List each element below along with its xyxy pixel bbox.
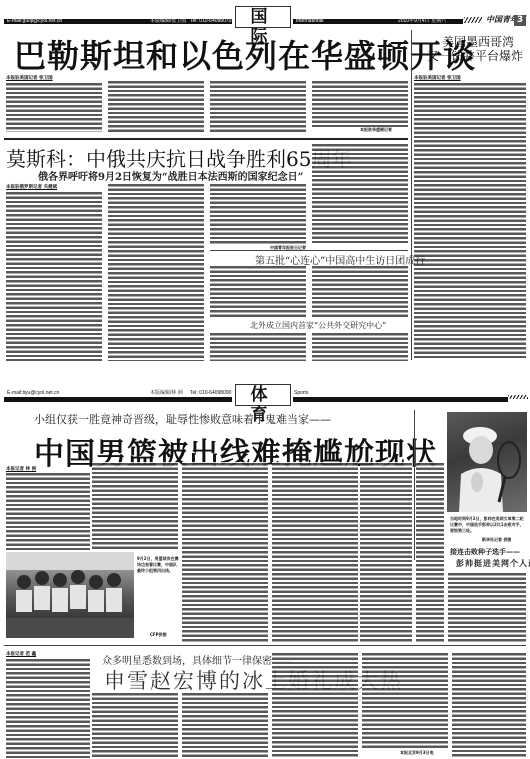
moscow-byline: 本报驻俄罗斯记者 关健斌 <box>6 184 57 190</box>
basketball-text-col-4 <box>272 462 358 642</box>
moscow-text-col-1 <box>6 191 102 361</box>
sports-bar-right <box>293 397 508 402</box>
sports-email: E-mail:tiyu@cyol.net.cn <box>7 391 59 396</box>
wedding-text-col-3 <box>182 692 268 758</box>
wedding-byline: 本报记者 范 鑫 <box>6 651 36 657</box>
wedding-text-col-4 <box>272 652 358 758</box>
column-rule <box>414 410 415 560</box>
sidebar-byline: 本报驻美国记者 张卫国 <box>414 75 461 81</box>
wedding-source: 本报北京9月3日电 <box>400 750 434 756</box>
peng-shuai-image <box>447 412 527 512</box>
wedding-text-col-2 <box>92 692 178 758</box>
tennis-photo-caption: 当地时间9月2日，彭帅在美网女单第二轮比赛中，中国选手彭帅以2比1击败对手，晋级… <box>450 516 526 534</box>
tennis-kicker: 接连击败种子选手—— <box>450 547 520 557</box>
diplomacy-text-col-1 <box>210 332 306 361</box>
moscow-text-col-2 <box>108 183 204 361</box>
header-email: E-mail:guoji@cyol.net.cn <box>7 19 62 24</box>
page-number: 3 <box>514 15 526 26</box>
basketball-team-photo <box>6 552 134 638</box>
wedding-text-col-6 <box>452 652 526 758</box>
lead-text-col-1 <box>6 82 102 132</box>
student-text-col-2 <box>312 265 408 317</box>
sports-bar-left <box>4 397 232 402</box>
wedding-text-col-5 <box>362 652 448 748</box>
section-title-international: 国 际 <box>235 6 291 28</box>
story-divider <box>210 250 408 251</box>
players-bench-image <box>6 552 134 638</box>
header-section-en: International <box>296 19 324 24</box>
sidebar-text <box>414 82 526 358</box>
section-title-sports: 体 育 <box>235 384 291 406</box>
moscow-text-col-3 <box>210 183 306 245</box>
section-divider <box>4 645 526 646</box>
diplomacy-text-col-2 <box>312 332 408 361</box>
tennis-photo-credit: 新华社记者 供图 <box>482 537 511 543</box>
tennis-text <box>448 572 526 642</box>
basketball-text-col-2 <box>92 462 178 550</box>
lead-headline: 巴勒斯坦和以色列在华盛顿开谈 <box>14 31 476 77</box>
basketball-text-col-5 <box>360 462 412 642</box>
basketball-photo-caption: 9月2日，男篮球员在赛场边观看比赛，中国队最终小组第四出线。 <box>137 556 179 574</box>
sports-tel: Tel: 010-64098090 <box>190 391 231 396</box>
lead-byline: 本报驻美国记者 张卫国 <box>6 75 53 81</box>
lead-text-col-4 <box>312 80 408 127</box>
basketball-text-col-1 <box>6 472 90 550</box>
tennis-headline: 彭帅挺进美网个人最佳战绩 <box>456 558 530 569</box>
decorative-hatch <box>464 17 482 23</box>
wedding-text-col-1 <box>6 658 90 758</box>
moscow-subhead: 俄各界呼吁将9月2日恢复为“战胜日本法西斯的国家纪念日” <box>38 168 303 183</box>
lead-text-col-3 <box>210 80 306 132</box>
diplomacy-headline: 北外成立国内首家“公共外交研究中心” <box>250 320 386 331</box>
student-text-col-1 <box>210 265 306 317</box>
wedding-headline: 申雪赵宏博的冰上婚礼成大热 <box>104 665 403 695</box>
header-tel: Tel: 010-64098070 <box>190 19 231 24</box>
tennis-player-photo <box>447 412 527 512</box>
lead-source: 本报驻华盛顿记者 <box>360 127 392 133</box>
sidebar-headline-2: 又一钻井平台爆炸 <box>420 47 530 64</box>
basketball-text-col-6 <box>416 462 444 642</box>
basketball-kicker: 小组仅获一胜竟神奇晋级，耻辱性惨败意味着小鬼难当家—— <box>34 411 331 427</box>
decorative-hatch <box>508 395 528 399</box>
basketball-photo-credit: CFP供图 <box>150 632 167 638</box>
sports-editor: 本版编辑/林 洲 <box>150 391 183 396</box>
section-divider <box>4 138 408 140</box>
column-rule <box>411 30 412 360</box>
header-editor: 本版编辑/张卫国 <box>150 19 186 24</box>
header-date: 2010年9月4日 星期六 <box>398 19 446 24</box>
basketball-text-col-3 <box>182 462 268 642</box>
moscow-text-col-4 <box>312 143 408 243</box>
sports-section-en: Sports <box>294 391 308 396</box>
lead-text-col-2 <box>108 80 204 132</box>
